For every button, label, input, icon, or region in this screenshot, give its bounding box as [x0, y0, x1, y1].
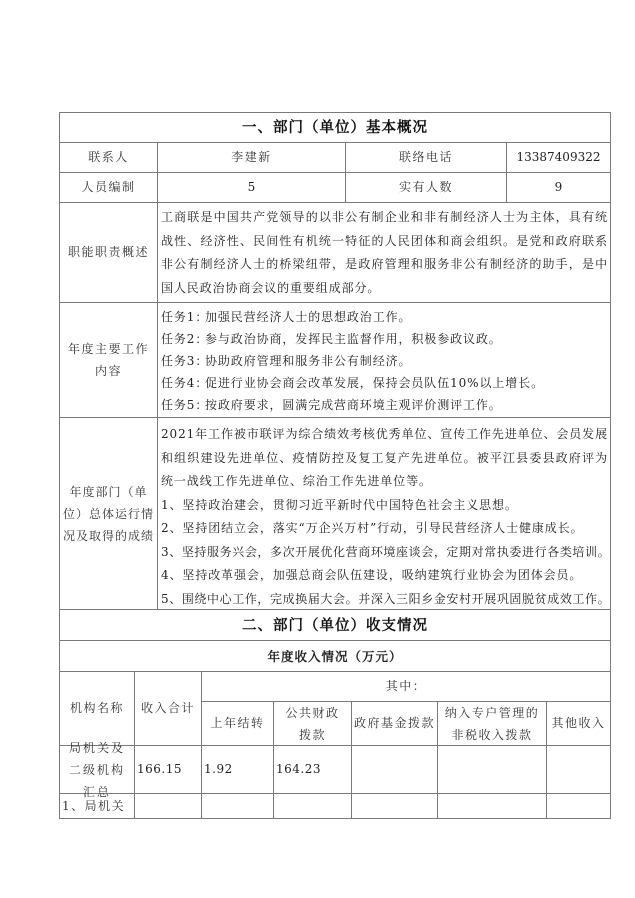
task-item: 任务3： 协助政府管理和服务非公有制经济。 — [161, 350, 411, 372]
task-key: 任务2： — [161, 328, 205, 350]
document-page: 一、部门（单位）基本概况 联系人 李建新 联络电话 13387409322 人员… — [0, 0, 635, 898]
table-border — [610, 112, 611, 819]
results-label: 年度部门（单位）总体运行情况及取得的成绩 — [60, 418, 157, 609]
result-item: 1、坚持政治建会，贯彻习近平新时代中国特色社会主义思想。 — [161, 494, 518, 518]
result-item: 3、坚持服务兴会，多次开展优化营商环境座谈会，定期对常执委进行各类培训。 — [161, 541, 610, 565]
result-item: 2、坚持团结立会，落实“万企兴万村”行动，引导民营经济人士健康成长。 — [161, 517, 584, 541]
results-content: 2021年工作被市联评为综合绩效考核优秀单位、宣传工作先进单位、会员发展和组织建… — [158, 423, 610, 609]
task-item: 任务4： 促进行业协会商会改革发展，保持会员队伍10%以上增长。 — [161, 372, 544, 394]
table-border — [59, 818, 611, 819]
task-item: 任务2： 参与政治协商，发挥民主监督作用，积极参政议政。 — [161, 328, 502, 350]
staff-quota-label: 人员编制 — [60, 173, 157, 202]
contact-label: 联系人 — [60, 143, 157, 172]
row-org-bureau: 1、局机关 — [60, 794, 134, 818]
phone-value: 13387409322 — [507, 143, 610, 172]
tasks-list: 任务1： 加强民营经济人士的思想政治工作。 任务2： 参与政治协商，发挥民主监督… — [158, 306, 610, 417]
task-key: 任务3： — [161, 350, 205, 372]
row-carryover: 1.92 — [202, 746, 273, 793]
results-intro: 2021年工作被市联评为综合绩效考核优秀单位、宣传工作先进单位、会员发展和组织建… — [161, 423, 608, 494]
contact-value: 李建新 — [158, 143, 345, 172]
duties-label: 职能职责概述 — [60, 203, 157, 302]
row-total — [135, 794, 201, 818]
section-title-income-expense: 二、部门（单位）收支情况 — [60, 610, 610, 640]
row-other — [547, 794, 610, 818]
task-item: 任务5： 按政府要求，圆满完成营商环境主观评价测评工作。 — [161, 394, 502, 416]
staff-quota-value: 5 — [158, 173, 345, 202]
tasks-label: 年度主要工作内容 — [60, 303, 157, 417]
task-text: 按政府要求，圆满完成营商环境主观评价测评工作。 — [205, 394, 502, 416]
phone-label: 联络电话 — [346, 143, 506, 172]
col-header-public-finance: 公共财政拨款 — [274, 702, 351, 745]
task-key: 任务4： — [161, 372, 205, 394]
income-subtitle: 年度收入情况（万元） — [60, 641, 610, 671]
result-item: 4、坚持改革强会，加强总商会队伍建设，吸纳建筑行业协会为团体会员。 — [161, 564, 582, 588]
task-item: 任务1： 加强民营经济人士的思想政治工作。 — [161, 306, 411, 328]
section-title-basic-info: 一、部门（单位）基本概况 — [60, 113, 610, 142]
task-key: 任务5： — [161, 394, 205, 416]
col-header-non-tax: 纳入专户管理的非税收入拨款 — [438, 702, 546, 745]
task-text: 促进行业协会商会改革发展，保持会员队伍10%以上增长。 — [205, 372, 544, 394]
col-header-group: 其中： — [202, 672, 610, 701]
row-carryover — [202, 794, 273, 818]
col-header-total: 收入合计 — [135, 672, 201, 745]
row-other — [547, 746, 610, 793]
task-key: 任务1： — [161, 306, 205, 328]
row-public-finance — [274, 794, 351, 818]
task-text: 协助政府管理和服务非公有制经济。 — [205, 350, 411, 372]
col-header-carryover: 上年结转 — [202, 702, 273, 745]
row-non-tax — [438, 746, 546, 793]
duties-text: 工商联是中国共产党领导的以非公有制企业和非有制经济人士为主体，具有统战性、经济性… — [158, 206, 610, 302]
row-non-tax — [438, 794, 546, 818]
col-header-other: 其他收入 — [547, 702, 610, 745]
result-item: 5、围绕中心工作，完成换届大会。并深入三阳乡金安村开展巩固脱贫成效工作。 — [161, 588, 610, 612]
task-text: 参与政治协商，发挥民主监督作用，积极参政议政。 — [205, 328, 502, 350]
row-org-summary: 局机关及二级机构汇总 — [60, 746, 134, 793]
row-gov-fund — [352, 746, 437, 793]
col-header-org: 机构名称 — [60, 672, 134, 745]
row-gov-fund — [352, 794, 437, 818]
actual-staff-label: 实有人数 — [346, 173, 506, 202]
task-text: 加强民营经济人士的思想政治工作。 — [205, 306, 411, 328]
row-public-finance: 164.23 — [274, 746, 351, 793]
col-header-gov-fund: 政府基金拨款 — [352, 702, 437, 745]
actual-staff-value: 9 — [507, 173, 610, 202]
row-total: 166.15 — [135, 746, 201, 793]
